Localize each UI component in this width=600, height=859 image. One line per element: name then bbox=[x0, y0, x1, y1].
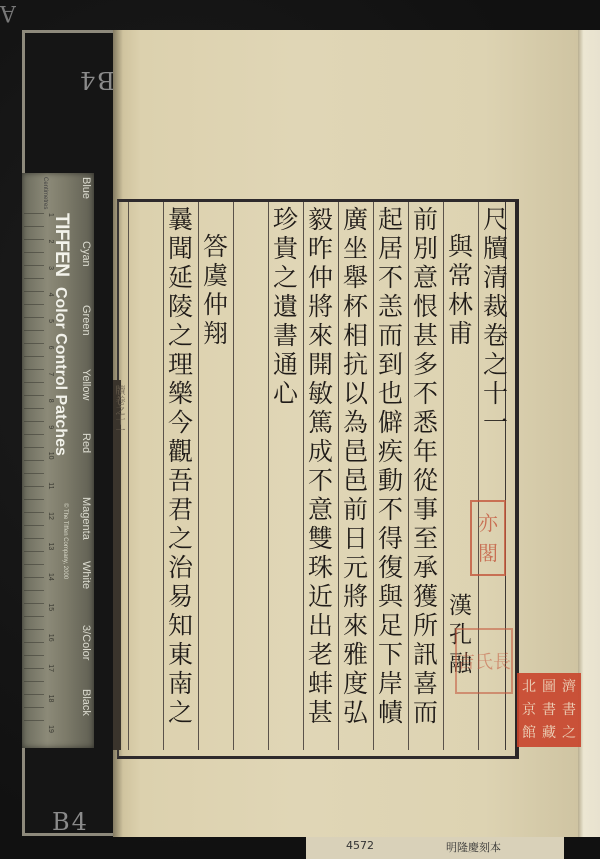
glyph: 之 bbox=[273, 263, 298, 292]
glyph: 觀 bbox=[168, 437, 193, 466]
glyph: 不 bbox=[378, 495, 403, 524]
glyph: 老 bbox=[308, 640, 333, 669]
glyph: 南 bbox=[168, 669, 193, 698]
glyph: 為 bbox=[343, 408, 368, 437]
seal-glyph: 之 bbox=[559, 723, 579, 743]
seal-glyph: 閣 bbox=[478, 538, 498, 568]
glyph: 林 bbox=[448, 290, 473, 319]
seal-glyph: 長 bbox=[493, 648, 511, 674]
catalog-note: 明隆慶刻本 bbox=[446, 839, 501, 855]
glyph: 居 bbox=[378, 234, 403, 263]
seal-glyph: 館 bbox=[519, 723, 539, 743]
glyph: 事 bbox=[413, 495, 438, 524]
glyph: 珍 bbox=[273, 205, 298, 234]
glyph: 抗 bbox=[343, 350, 368, 379]
letter-text-column: 起居不恙而到也僻疾動不得復與足下岸幘 bbox=[373, 205, 408, 727]
glyph: 理 bbox=[168, 350, 193, 379]
glyph: 昨 bbox=[308, 234, 333, 263]
ruler-number: 14 bbox=[47, 573, 54, 581]
patch-label: Red bbox=[80, 433, 92, 497]
glyph: 陵 bbox=[168, 292, 193, 321]
glyph: 意 bbox=[413, 263, 438, 292]
ruler-number: 19 bbox=[47, 725, 54, 733]
ruler-number: 4 bbox=[47, 293, 54, 297]
glyph: 前 bbox=[413, 205, 438, 234]
seal-glyph: 吉 bbox=[457, 648, 475, 674]
ruler-number: 17 bbox=[47, 664, 54, 672]
glyph: 與 bbox=[448, 232, 473, 261]
glyph: 動 bbox=[378, 466, 403, 495]
glyph: 來 bbox=[308, 321, 333, 350]
glyph: 前 bbox=[343, 495, 368, 524]
glyph: 虞 bbox=[203, 261, 228, 290]
glyph: 卷 bbox=[483, 321, 508, 350]
glyph: 篤 bbox=[308, 408, 333, 437]
ruler-ticks bbox=[24, 213, 44, 733]
glyph: 復 bbox=[378, 553, 403, 582]
glyph: 別 bbox=[413, 234, 438, 263]
ruler-number: 9 bbox=[47, 425, 54, 429]
glyph: 吾 bbox=[168, 466, 193, 495]
ruler-label: Centimetres bbox=[42, 177, 48, 209]
glyph: 年 bbox=[413, 437, 438, 466]
glyph: 敏 bbox=[308, 379, 333, 408]
glyph: 將 bbox=[308, 292, 333, 321]
glyph: 杯 bbox=[343, 292, 368, 321]
glyph: 之 bbox=[168, 698, 193, 727]
ruler-number: 7 bbox=[47, 372, 54, 376]
ruler-number: 15 bbox=[47, 603, 54, 611]
ruler-number: 3 bbox=[47, 266, 54, 270]
glyph: 舉 bbox=[343, 263, 368, 292]
glyph: 而 bbox=[413, 698, 438, 727]
glyph: 喜 bbox=[413, 669, 438, 698]
letter-text-column: 珍貴之遺書通心 bbox=[268, 205, 303, 408]
glyph: 意 bbox=[308, 495, 333, 524]
glyph: 成 bbox=[308, 437, 333, 466]
catalog-number: 4572 bbox=[346, 839, 374, 852]
glyph: 邑 bbox=[343, 437, 368, 466]
glyph: 坐 bbox=[343, 234, 368, 263]
glyph: 延 bbox=[168, 263, 193, 292]
strip-copyright: © The Tiffen Company, 2000 bbox=[62, 503, 68, 579]
glyph: 元 bbox=[343, 553, 368, 582]
glyph: 廣 bbox=[343, 205, 368, 234]
patch-label: Blue bbox=[80, 177, 92, 241]
glyph: 岸 bbox=[378, 669, 403, 698]
patch-label: Magenta bbox=[80, 497, 92, 561]
glyph: 貴 bbox=[273, 234, 298, 263]
glyph: 之 bbox=[168, 321, 193, 350]
glyph: 來 bbox=[343, 611, 368, 640]
glyph: 多 bbox=[413, 350, 438, 379]
glyph: 珠 bbox=[308, 553, 333, 582]
ruler-number: 8 bbox=[47, 399, 54, 403]
patch-label: White bbox=[80, 561, 92, 625]
glyph: 相 bbox=[343, 321, 368, 350]
glyph: 到 bbox=[378, 350, 403, 379]
glyph: 牘 bbox=[483, 234, 508, 263]
glyph: 仲 bbox=[203, 290, 228, 319]
holder-label-top: B4 bbox=[78, 66, 115, 94]
glyph: 悉 bbox=[413, 408, 438, 437]
glyph: 而 bbox=[378, 321, 403, 350]
catalog-slip: 4572 明隆慶刻本 bbox=[306, 837, 564, 859]
glyph: 之 bbox=[483, 350, 508, 379]
ruler-number: 5 bbox=[47, 319, 54, 323]
glyph: 十 bbox=[483, 379, 508, 408]
glyph: 承 bbox=[413, 553, 438, 582]
glyph: 起 bbox=[378, 205, 403, 234]
color-control-strip: Blue Cyan Green Yellow Red Magenta White… bbox=[22, 173, 94, 748]
glyph: 今 bbox=[168, 408, 193, 437]
glyph: 治 bbox=[168, 553, 193, 582]
glyph: 不 bbox=[308, 466, 333, 495]
seal-glyph: 北 bbox=[519, 677, 539, 697]
letter-text-column: 前別意恨甚多不悉年從事至承獲所訊喜而 bbox=[408, 205, 443, 727]
glyph: 蚌 bbox=[308, 669, 333, 698]
ruler-number: 13 bbox=[47, 543, 54, 551]
glyph: 開 bbox=[308, 350, 333, 379]
glyph: 獲 bbox=[413, 582, 438, 611]
glyph: 出 bbox=[308, 611, 333, 640]
letter-heading: 與常林甫 bbox=[443, 232, 478, 348]
corner-label: A bbox=[0, 0, 16, 25]
glyph: 甫 bbox=[448, 319, 473, 348]
ruler-number: 1 bbox=[47, 213, 54, 217]
ruler-number: 18 bbox=[47, 695, 54, 703]
glyph: 也 bbox=[378, 379, 403, 408]
fold-fragment-text: 牘卷之十一 bbox=[112, 385, 126, 435]
seal-glyph: 氏 bbox=[475, 648, 493, 674]
glyph: 樂 bbox=[168, 379, 193, 408]
letter-text-column: 廣坐舉杯相抗以為邑邑前日元將來雅度弘 bbox=[338, 205, 373, 727]
glyph: 甚 bbox=[308, 698, 333, 727]
glyph: 疾 bbox=[378, 437, 403, 466]
glyph: 以 bbox=[343, 379, 368, 408]
glyph: 心 bbox=[273, 379, 298, 408]
glyph: 易 bbox=[168, 582, 193, 611]
patch-label: Yellow bbox=[80, 369, 92, 433]
letter-text-column: 毅昨仲將來開敏篤成不意雙珠近出老蚌甚 bbox=[303, 205, 338, 727]
glyph: 不 bbox=[413, 379, 438, 408]
glyph: 之 bbox=[168, 524, 193, 553]
glyph: 書 bbox=[273, 321, 298, 350]
color-patch-labels: Blue Cyan Green Yellow Red Magenta White… bbox=[80, 177, 92, 753]
glyph: 一 bbox=[483, 408, 508, 437]
next-page-edge bbox=[578, 30, 600, 837]
glyph: 仲 bbox=[308, 263, 333, 292]
patch-label: Black bbox=[80, 689, 92, 753]
glyph: 恨 bbox=[413, 292, 438, 321]
glyph: 得 bbox=[378, 524, 403, 553]
folded-page-fragment bbox=[113, 380, 121, 750]
glyph: 所 bbox=[413, 611, 438, 640]
ruler-numbers: 12345678910111213141516171819 bbox=[47, 213, 54, 733]
seal-glyph: 濟 bbox=[559, 677, 579, 697]
glyph: 從 bbox=[413, 466, 438, 495]
glyph: 遺 bbox=[273, 292, 298, 321]
seal-glyph: 藏 bbox=[539, 723, 559, 743]
seal-glyph: 京 bbox=[519, 700, 539, 720]
letter-text-column: 曩聞延陵之理樂今觀吾君之治易知東南之 bbox=[163, 205, 198, 727]
column-rule bbox=[233, 202, 269, 750]
patch-label: 3/Color bbox=[80, 625, 92, 689]
ruler-number: 11 bbox=[47, 482, 54, 489]
glyph: 足 bbox=[378, 611, 403, 640]
glyph: 至 bbox=[413, 524, 438, 553]
glyph: 通 bbox=[273, 350, 298, 379]
ruler-number: 2 bbox=[47, 240, 54, 244]
ruler-number: 16 bbox=[47, 634, 54, 642]
glyph: 裁 bbox=[483, 292, 508, 321]
glyph: 日 bbox=[343, 524, 368, 553]
glyph: 近 bbox=[308, 582, 333, 611]
glyph: 僻 bbox=[378, 408, 403, 437]
glyph: 度 bbox=[343, 669, 368, 698]
glyph: 曩 bbox=[168, 205, 193, 234]
glyph: 清 bbox=[483, 263, 508, 292]
glyph: 常 bbox=[448, 261, 473, 290]
seal-glyph: 書 bbox=[559, 700, 579, 720]
patch-label: Green bbox=[80, 305, 92, 369]
glyph: 甚 bbox=[413, 321, 438, 350]
ruler-number: 12 bbox=[47, 512, 54, 520]
glyph: 翔 bbox=[203, 319, 228, 348]
patch-label: Cyan bbox=[80, 241, 92, 305]
glyph: 與 bbox=[378, 582, 403, 611]
glyph: 雙 bbox=[308, 524, 333, 553]
glyph: 雅 bbox=[343, 640, 368, 669]
glyph: 下 bbox=[378, 640, 403, 669]
column-rule bbox=[128, 202, 164, 750]
glyph: 邑 bbox=[343, 466, 368, 495]
glyph: 聞 bbox=[168, 234, 193, 263]
holder-label-bottom: B4 bbox=[52, 808, 89, 836]
glyph: 恙 bbox=[378, 292, 403, 321]
ruler-number: 10 bbox=[47, 452, 54, 460]
glyph: 弘 bbox=[343, 698, 368, 727]
seal-glyph: 圖 bbox=[539, 677, 559, 697]
seal-glyph: 亦 bbox=[478, 508, 498, 538]
seal-library: 北圖濟京書書館藏之 bbox=[517, 673, 581, 747]
glyph: 答 bbox=[203, 232, 228, 261]
seal-yi-ge: 亦閣 bbox=[470, 500, 506, 576]
glyph: 幘 bbox=[378, 698, 403, 727]
glyph: 知 bbox=[168, 611, 193, 640]
glyph: 毅 bbox=[308, 205, 333, 234]
glyph: 不 bbox=[378, 263, 403, 292]
letter-heading: 答虞仲翔 bbox=[198, 232, 233, 348]
glyph: 訊 bbox=[413, 640, 438, 669]
glyph: 東 bbox=[168, 640, 193, 669]
glyph: 漢 bbox=[449, 592, 472, 621]
glyph: 尺 bbox=[483, 205, 508, 234]
ruler-number: 6 bbox=[47, 346, 54, 350]
strip-title: Color Control Patches bbox=[52, 287, 69, 456]
glyph: 君 bbox=[168, 495, 193, 524]
glyph: 將 bbox=[343, 582, 368, 611]
seal-glyph: 書 bbox=[539, 700, 559, 720]
seal-faint: 吉氏長 bbox=[455, 628, 513, 694]
volume-title: 尺牘清裁卷之十一 bbox=[478, 205, 513, 437]
tiffen-logo: TIFFEN bbox=[51, 213, 72, 277]
